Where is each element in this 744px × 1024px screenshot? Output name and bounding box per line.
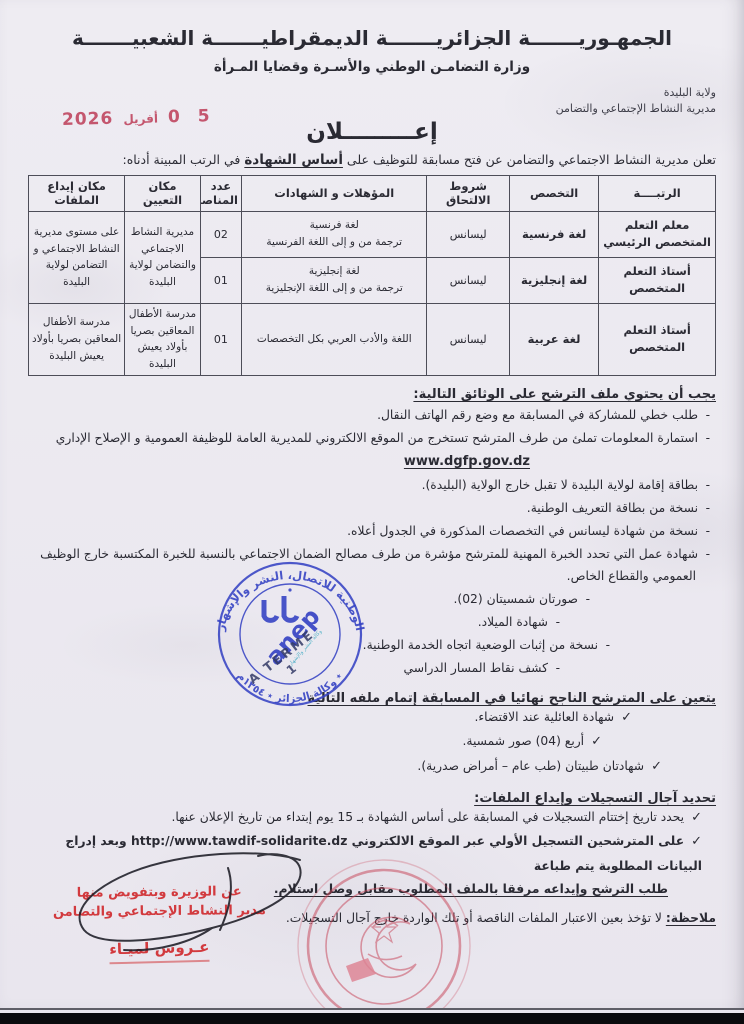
cell-rank: معلم التعلم المتخصص الرئيسي [599, 211, 716, 257]
dash-bullet: - [578, 588, 590, 611]
cell-qualifications: لغة إنجليزية ترجمة من و إلى اللغة الإنجل… [242, 257, 427, 303]
table-row: معلم التعلم المتخصص الرئيسي لغة فرنسية ل… [29, 211, 716, 257]
intro-line: تعلن مديرية النشاط الاجتماعي والتضامن عن… [28, 152, 716, 168]
ministry-title: وزارة التضامـن الوطني والأسـرة وقضايا ال… [28, 59, 716, 75]
cell-appointment-merged: مديرية النشاط الاجتماعي والتضامن لولاية … [125, 211, 201, 303]
col-rank: الرتبــــة [599, 175, 716, 211]
item-text: نسخة من بطاقة التعريف الوطنية. [527, 501, 698, 515]
check-item: ✓أربع (04) صور شمسية. [28, 730, 616, 755]
cell-condition: ليسانس [427, 303, 509, 375]
item-text: نسخة من إثبات الوضعية اتجاه الخدمة الوطن… [363, 638, 598, 652]
item-text: شهادة الميلاد. [478, 615, 548, 629]
list-item: -طلب خطي للمشاركة في المسابقة مع وضع رقم… [28, 404, 716, 427]
item-text: على المترشحين التسجيل الأولي عبر الموقع … [347, 834, 684, 848]
dash-bullet: - [698, 404, 710, 427]
qual-line1: لغة فرنسية [245, 217, 423, 235]
cell-rank: أستاذ التعلم المتخصص [599, 257, 716, 303]
checkmark-icon: ✓ [651, 759, 662, 774]
checkmark-icon: ✓ [621, 710, 632, 725]
item-text: بطاقة إقامة لولاية البليدة لا تقبل خارج … [422, 478, 698, 492]
date-stamp-day: 0 5 [168, 106, 216, 127]
dash-bullet: - [548, 611, 560, 634]
document-body: الجمهـوريـــــــة الجزائريـــــــة الديم… [0, 0, 744, 929]
anep-agency-stamp: الوطنية للاتصال، النشر والإشهار ٭ وكالة … [200, 550, 380, 720]
intro-prefix: تعلن مديرية النشاط الاجتماعي والتضامن عن… [343, 152, 716, 167]
cell-specialty: لغة إنجليزية [509, 257, 598, 303]
cell-qualifications: لغة فرنسية ترجمة من و إلى اللغة الفرنسية [242, 211, 427, 257]
cell-qualifications: اللغة والأدب العربي بكل التخصصات [242, 303, 427, 375]
date-stamp: 2026 أفريل 0 5 [62, 106, 216, 130]
cell-rank: أستاذ التعلم المتخصص [599, 303, 716, 375]
item-text: كشف نقاط المسار الدراسي [404, 661, 549, 675]
intro-suffix: في الرتب المبينة أدناه: [122, 152, 244, 167]
cell-condition: ليسانس [427, 211, 509, 257]
dgfp-url: www.dgfp.gov.dz [418, 450, 530, 474]
cell-positions: 02 [200, 211, 241, 257]
item-text: استمارة المعلومات تملئ من طرف المترشح تس… [56, 431, 698, 445]
republic-title: الجمهـوريـــــــة الجزائريـــــــة الديم… [28, 26, 716, 50]
cell-deposit-merged: على مستوى مديرية النشاط الاجتماعي و التض… [29, 211, 125, 303]
seal-ink-blot [346, 958, 376, 982]
recruitment-table: الرتبــــة التخصص شروط الالتحاق المؤهلات… [28, 175, 716, 376]
checkmark-icon: ✓ [591, 734, 602, 749]
scan-edge-artifact [0, 1013, 744, 1024]
list-item: -نسخة من بطاقة التعريف الوطنية. [28, 497, 716, 520]
item-text: أربع (04) صور شمسية. [462, 734, 584, 748]
cell-specialty: لغة فرنسية [509, 211, 598, 257]
date-stamp-month: أفريل [123, 111, 158, 126]
item-text: نسخة من شهادة ليسانس في التخصصات المذكور… [347, 524, 698, 538]
cell-condition: ليسانس [427, 257, 509, 303]
table-header-row: الرتبــــة التخصص شروط الالتحاق المؤهلات… [29, 175, 716, 211]
date-stamp-year: 2026 [62, 109, 114, 130]
check-item: ✓شهادتان طبيتان (طب عام – أمراض صدرية). [28, 755, 676, 780]
item-text: طلب خطي للمشاركة في المسابقة مع وضع رقم … [377, 408, 698, 422]
cell-deposit: مدرسة الأطفال المعاقين بصريا بأولاد يعيش… [29, 303, 125, 375]
qual-line2: ترجمة من و إلى اللغة الإنجليزية [245, 280, 423, 298]
cell-positions: 01 [200, 257, 241, 303]
qual-line1: لغة إنجليزية [245, 263, 423, 281]
dash-bullet: - [698, 427, 710, 450]
list-item: -استمارة المعلومات تملئ من طرف المترشح ت… [28, 427, 716, 474]
col-deposit: مكان إيداع الملفات [29, 175, 125, 211]
checkmark-icon: ✓ [691, 834, 702, 849]
cell-positions: 01 [200, 303, 241, 375]
item-text: صورتان شمسيتان (02). [453, 592, 578, 606]
col-qualifications: المؤهلات و الشهادات [242, 175, 427, 211]
note-label: ملاحظة: [666, 911, 716, 925]
qual-line2: ترجمة من و إلى اللغة الفرنسية [245, 234, 423, 252]
cell-appointment: مدرسة الأطفال المعاقين بصريا بأولاد يعيش… [125, 303, 201, 375]
dash-bullet: - [698, 543, 710, 566]
dash-bullet: - [698, 474, 710, 497]
dash-bullet: - [598, 634, 610, 657]
item-text: يحدد تاريخ إختتام التسجيلات في المسابقة … [171, 810, 684, 824]
col-appointment: مكان التعيين [125, 175, 201, 211]
documents-heading: يجب أن يحتوي ملف الترشح على الوثائق التا… [28, 387, 716, 402]
handwritten-signature [62, 846, 318, 974]
checkmark-icon: ✓ [691, 810, 702, 825]
list-item: -نسخة من شهادة ليسانس في التخصصات المذكو… [28, 520, 716, 543]
dash-bullet: - [548, 657, 560, 680]
item-text: شهادتان طبيتان (طب عام – أمراض صدرية). [417, 759, 644, 773]
cell-specialty: لغة عربية [509, 303, 598, 375]
deadlines-heading: تحديد آجال التسجيلات وإيداع الملفات: [28, 791, 716, 806]
intro-emphasis: أساس الشهادة [244, 152, 343, 168]
list-item: -بطاقة إقامة لولاية البليدة لا تقبل خارج… [28, 474, 716, 497]
item-text: شهادة العائلية عند الاقتضاء. [474, 710, 614, 724]
col-positions: عدد المناصب [200, 175, 241, 211]
scanned-document-page: 2026 أفريل 0 5 الجمهـوريـــــــة الجزائر… [0, 0, 744, 1024]
dash-bullet: - [698, 520, 710, 543]
wilaya-line: ولاية البليدة [32, 85, 716, 101]
check-item: ✓يحدد تاريخ إختتام التسجيلات في المسابقة… [28, 806, 716, 831]
col-specialty: التخصص [509, 175, 598, 211]
dash-bullet: - [698, 497, 710, 520]
col-conditions: شروط الالتحاق [427, 175, 509, 211]
anep-overprint-number: 1 [284, 661, 299, 677]
table-row: أستاذ التعلم المتخصص لغة عربية ليسانس ال… [29, 303, 716, 375]
